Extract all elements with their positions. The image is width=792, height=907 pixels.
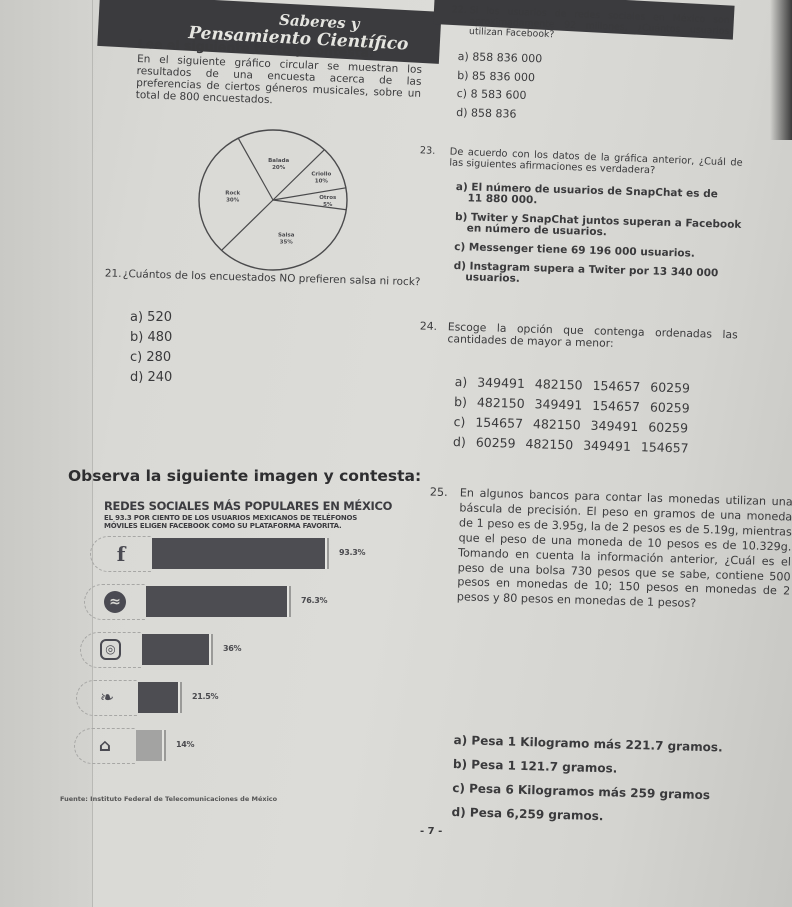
page-edge-shadow (770, 0, 792, 140)
pie-slice-label: 20% (272, 165, 286, 171)
pie-slice-label: 30% (226, 198, 240, 204)
question-24-options: a) 349491 482150 154657 60259 b) 482150 … (453, 372, 691, 459)
option-a[interactable]: a) 520 (130, 308, 172, 328)
question-stem: De acuerdo con los datos de la gráfica a… (437, 146, 743, 180)
question-number: 23. (420, 145, 436, 157)
pie-slice-label: Balada (268, 158, 289, 164)
facebook-icon: f (110, 543, 132, 565)
intro-text: En el siguiente gráfico circular se mues… (136, 53, 423, 112)
option-c[interactable]: c) 8 583 600 (456, 85, 541, 106)
question-stem: Escoge la opción que contenga ordenadas … (437, 321, 738, 353)
option-c[interactable]: c) 280 (130, 348, 172, 368)
bar-value-label: 76.3% (301, 596, 327, 605)
pie-slice-divider (222, 200, 273, 250)
option-c[interactable]: c) Messenger tiene 69 196 000 usuarios. (454, 242, 744, 261)
bar-fill (136, 730, 164, 761)
pie-slice-label: Otros (319, 195, 337, 201)
twitter-icon: ❧ (96, 687, 118, 709)
pie-chart-svg: Balada20%Criollo10%Otros5%Salsa35%Rock30… (195, 124, 365, 284)
option-a[interactable]: a) El número de usuarios de SnapChat es … (455, 182, 746, 212)
pie-slice-divider (273, 200, 346, 210)
pie-slice-label: 5% (323, 202, 333, 208)
question-23: 23. De acuerdo con los datos de la gráfi… (437, 146, 743, 180)
option-d[interactable]: d) Instagram supera a Twiter por 13 340 … (453, 261, 744, 291)
question-number: 24. (420, 320, 438, 332)
pie-slice-divider (238, 138, 273, 200)
option-b[interactable]: b) 85 836 000 (457, 66, 542, 87)
pie-slice-label: Rock (225, 191, 240, 197)
question-25: 25. En algunos bancos para contar las mo… (445, 486, 792, 615)
bar-value-label: 21.5% (192, 692, 218, 701)
question-25-options: a) Pesa 1 Kilogramo más 221.7 gramos. b)… (451, 728, 723, 831)
question-22-options: a) 858 836 000 b) 85 836 000 c) 8 583 60… (456, 48, 543, 124)
pie-slice-label: Salsa (278, 232, 295, 238)
question-24: 24. Escoge la opción que contenga ordena… (437, 321, 738, 353)
pie-slice-label: 10% (315, 179, 329, 185)
music-pie-chart: Balada20%Criollo10%Otros5%Salsa35%Rock30… (195, 124, 365, 284)
chart-source: Fuente: Instituto Federal de Telecomunic… (60, 795, 277, 803)
bar-value-label: 36% (223, 644, 241, 653)
option-d[interactable]: d) 858 836 (456, 103, 541, 124)
bar-value-label: 14% (176, 740, 194, 749)
bar-value-label: 93.3% (339, 548, 365, 557)
social-chart-subtitle: EL 93.3 POR CIENTO DE LOS USUARIOS MEXIC… (104, 514, 374, 530)
option-a[interactable]: a) 858 836 000 (457, 48, 542, 69)
observe-heading: Observa la siguiente imagen y contesta: (68, 467, 421, 485)
pie-slice-label: 35% (280, 239, 294, 245)
bar-fill (142, 634, 211, 665)
question-23-options: a) El número de usuarios de SnapChat es … (453, 182, 746, 299)
bar-fill (138, 682, 180, 713)
bar-fill (146, 586, 289, 617)
question-21-options: a) 520 b) 480 c) 280 d) 240 (130, 308, 172, 388)
question-stem: En algunos bancos para contar las moneda… (445, 486, 792, 615)
snapchat-icon: ⌂ (94, 735, 116, 757)
question-number: 25. (430, 485, 448, 500)
page-left-margin (0, 0, 93, 907)
intro-section: Lee el siguiente texto y contesta: En el… (136, 36, 423, 112)
option-d[interactable]: d) 240 (130, 368, 172, 388)
question-number: 22. (452, 5, 467, 16)
page-number: - 7 - (420, 826, 442, 837)
social-chart-title: REDES SOCIALES MÁS POPULARES EN MÉXICO (104, 499, 392, 513)
option-c-line1: c) Messenger tiene 69 196 000 usuarios. (454, 241, 695, 260)
option-b[interactable]: b) 480 (130, 328, 172, 348)
option-b[interactable]: b) Twiter y SnapChat juntos superan a Fa… (455, 212, 746, 242)
pie-slice-label: Criollo (311, 172, 331, 178)
bar-fill (152, 538, 327, 569)
question-number: 21. (105, 267, 122, 280)
instagram-icon: ◎ (100, 639, 121, 660)
messenger-icon: ≈ (104, 591, 126, 613)
